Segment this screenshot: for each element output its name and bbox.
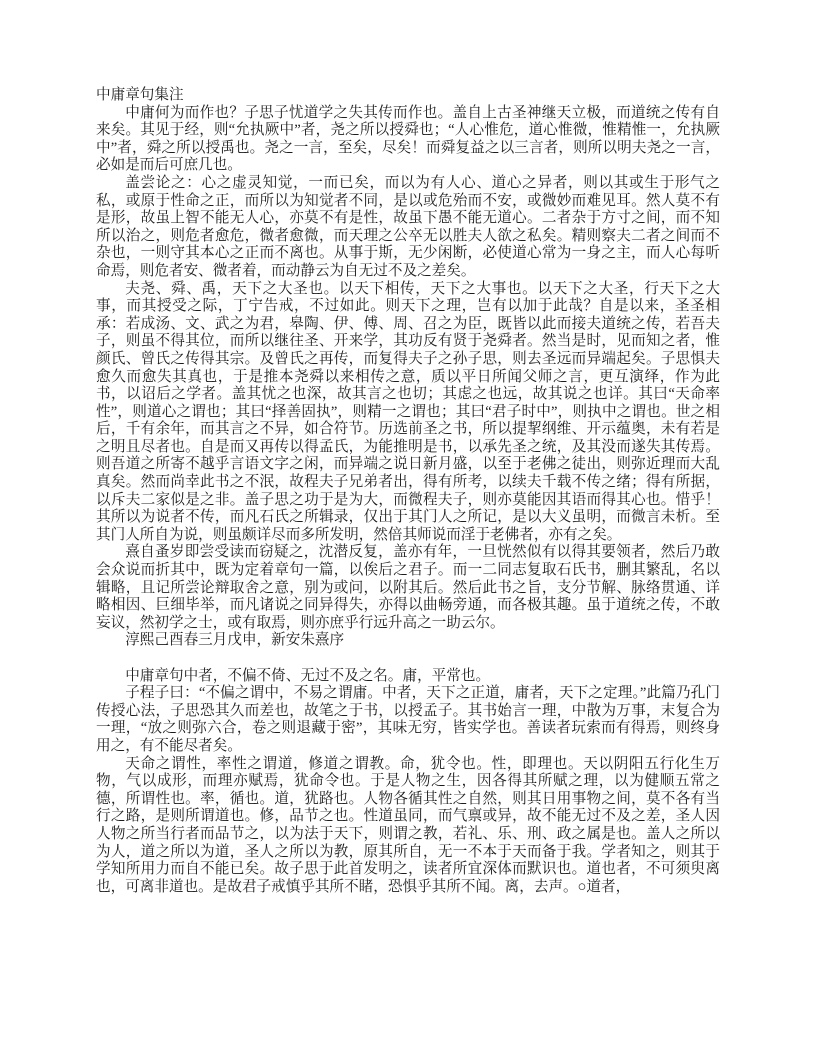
body-paragraph-1: 中庸章句中者，不偏不倚、无过不及之名。庸，平常也。 — [96, 668, 720, 686]
body-paragraph-3: 天命之谓性，率性之谓道，修道之谓教。命，犹令也。性，即理也。天以阴阳五行化生万物… — [96, 756, 720, 897]
document-title: 中庸章句集注 — [96, 87, 720, 105]
body-paragraph-2: 子程子曰：“不偏之谓中，不易之谓庸。中者，天下之正道，庸者，天下之定理。”此篇乃… — [96, 685, 720, 755]
signature-line: 淳熙己酉春三月戊申，新安朱熹序 — [96, 632, 720, 650]
preface-paragraph-1: 中庸何为而作也？子思子忧道学之失其传而作也。盖自上古圣神继天立极，而道统之传有自… — [96, 105, 720, 175]
blank-line — [96, 650, 720, 668]
preface-paragraph-2: 盖尝论之：心之虚灵知觉，一而已矣，而以为有人心、道心之异者，则以其或生于形气之私… — [96, 175, 720, 281]
document-page: 中庸章句集注 中庸何为而作也？子思子忧道学之失其传而作也。盖自上古圣神继天立极，… — [0, 0, 816, 1056]
preface-paragraph-4: 熹自蚤岁即尝受读而窃疑之，沈潜反复，盖亦有年，一旦恍然似有以得其要领者，然后乃敢… — [96, 544, 720, 632]
preface-paragraph-3: 夫尧、舜、禹，天下之大圣也。以天下相传，天下之大事也。以天下之大圣，行天下之大事… — [96, 281, 720, 545]
